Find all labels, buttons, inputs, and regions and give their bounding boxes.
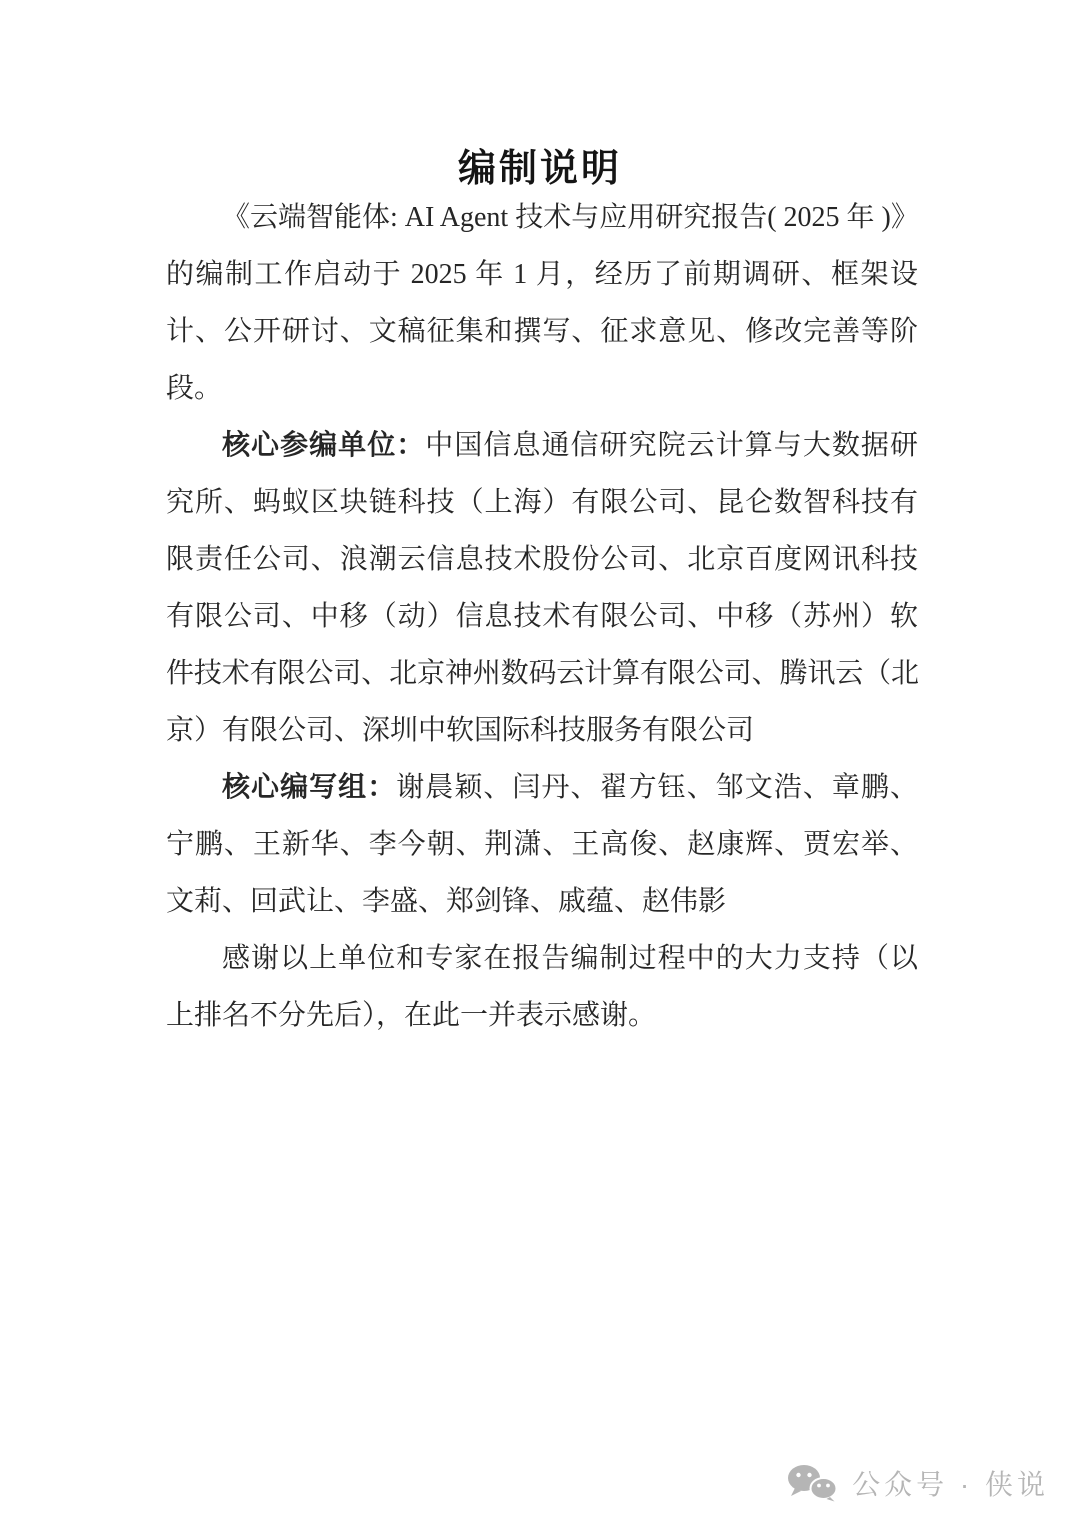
- text-line: 宁鹏、王新华、李今朝、荆潇、王高俊、赵康辉、贾宏举、: [166, 816, 918, 873]
- text-line: 京）有限公司、深圳中软国际科技服务有限公司: [166, 702, 918, 759]
- line-text: 有限公司、中移（动）信息技术有限公司、中移（苏州）软: [166, 601, 918, 632]
- line-text: 文莉、回武让、李盛、郑剑锋、戚蕴、赵伟影: [166, 886, 726, 917]
- line-text: 究所、蚂蚁区块链科技（上海）有限公司、昆仑数智科技有: [166, 487, 918, 518]
- line-text: 《云端智能体: AI Agent 技术与应用研究报告( 2025 年 )》: [222, 202, 919, 233]
- document-page: 编制说明 《云端智能体: AI Agent 技术与应用研究报告( 2025 年 …: [0, 0, 1080, 1527]
- line-text: 件技术有限公司、北京神州数码云计算有限公司、腾讯云（北: [166, 658, 918, 689]
- text-line: 有限公司、中移（动）信息技术有限公司、中移（苏州）软: [166, 588, 918, 645]
- line-text: 计、公开研讨、文稿征集和撰写、征求意见、修改完善等阶: [166, 316, 918, 347]
- text-line: 件技术有限公司、北京神州数码云计算有限公司、腾讯云（北: [166, 645, 918, 702]
- line-text: 感谢以上单位和专家在报告编制过程中的大力支持（以: [222, 943, 918, 974]
- text-line: 究所、蚂蚁区块链科技（上海）有限公司、昆仑数智科技有: [166, 474, 918, 531]
- document-body: 《云端智能体: AI Agent 技术与应用研究报告( 2025 年 )》 的编…: [166, 189, 918, 1044]
- line-text: 京）有限公司、深圳中软国际科技服务有限公司: [166, 715, 754, 746]
- text-line: 感谢以上单位和专家在报告编制过程中的大力支持（以: [166, 930, 918, 987]
- text-line: 上排名不分先后），在此一并表示感谢。: [166, 987, 918, 1044]
- text-line: 核心编写组：谢晨颖、闫丹、翟方钰、邹文浩、章鹏、: [166, 759, 918, 816]
- text-line: 的编制工作启动于 2025 年 1 月，经历了前期调研、框架设: [166, 246, 918, 303]
- text-line: 核心参编单位：中国信息通信研究院云计算与大数据研: [166, 417, 918, 474]
- line-text: 宁鹏、王新华、李今朝、荆潇、王高俊、赵康辉、贾宏举、: [166, 829, 918, 860]
- text-line: 计、公开研讨、文稿征集和撰写、征求意见、修改完善等阶: [166, 303, 918, 360]
- page-title: 编制说明: [0, 137, 1080, 192]
- line-text: 限责任公司、浪潮云信息技术股份公司、北京百度网讯科技: [166, 544, 918, 575]
- watermark-text: 公众号 · 侠说: [852, 1463, 1049, 1503]
- line-text: 上排名不分先后），在此一并表示感谢。: [166, 1000, 656, 1031]
- watermark: 公众号 · 侠说: [787, 1463, 1049, 1503]
- text-line: 文莉、回武让、李盛、郑剑锋、戚蕴、赵伟影: [166, 873, 918, 930]
- text-line: 段。: [166, 360, 918, 417]
- line-label: 核心参编单位：: [222, 430, 425, 461]
- line-text: 的编制工作启动于 2025 年 1 月，经历了前期调研、框架设: [166, 259, 918, 290]
- line-label: 核心编写组：: [222, 772, 396, 803]
- line-text: 段。: [166, 373, 222, 404]
- wechat-icon: [787, 1464, 839, 1502]
- text-line: 《云端智能体: AI Agent 技术与应用研究报告( 2025 年 )》: [166, 189, 918, 246]
- text-line: 限责任公司、浪潮云信息技术股份公司、北京百度网讯科技: [166, 531, 918, 588]
- line-text: 中国信息通信研究院云计算与大数据研: [425, 430, 918, 461]
- line-text: 谢晨颖、闫丹、翟方钰、邹文浩、章鹏、: [396, 772, 918, 803]
